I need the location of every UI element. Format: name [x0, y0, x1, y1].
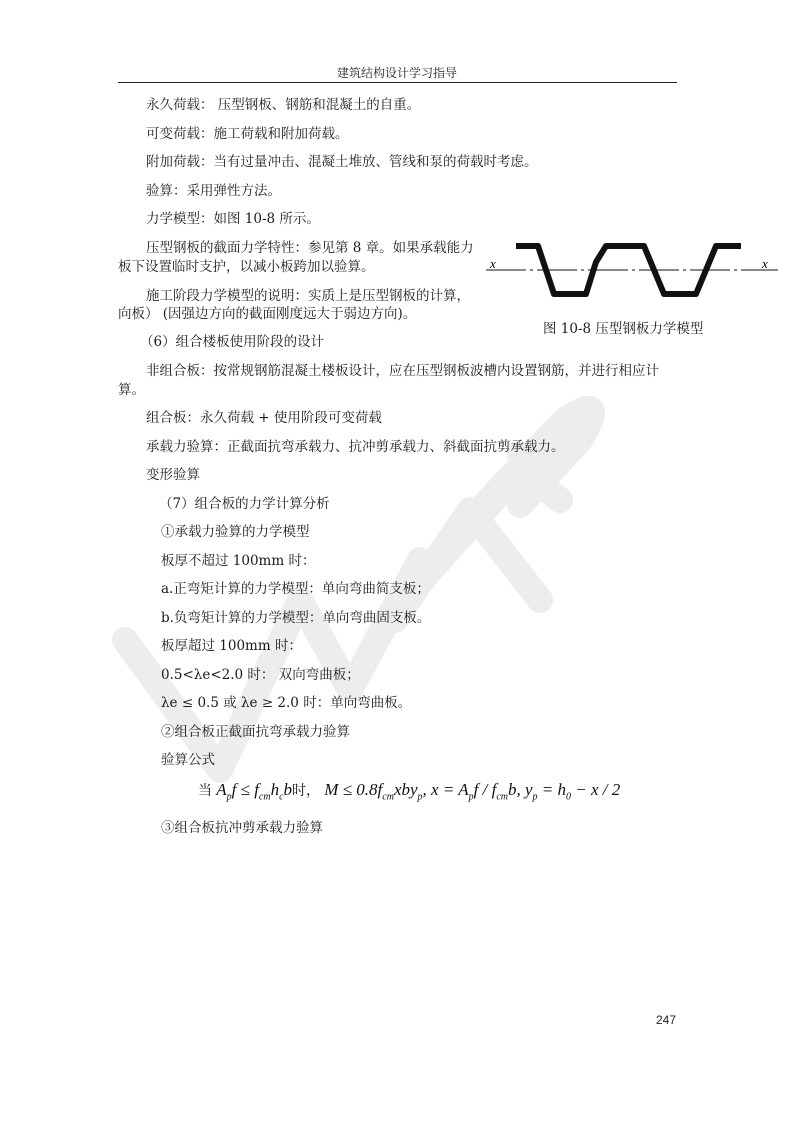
header-divider [118, 82, 677, 83]
text-line: 验算：采用弹性方法。 [146, 182, 281, 200]
text-line: 板厚不超过 100mm 时： [161, 552, 315, 570]
text-line: （7）组合板的力学计算分析 [159, 495, 330, 513]
text-line: a.正弯矩计算的力学模型：单向弯曲简支板； [161, 580, 430, 598]
text-line: （6）组合楼板使用阶段的设计 [140, 333, 324, 351]
text-line: 承载力验算：正截面抗弯承载力、抗冲剪承载力、斜截面抗剪承载力。 [146, 438, 565, 456]
text-line: 施工阶段力学模型的说明：实质上是压型钢板的计算， [146, 287, 470, 305]
text-line: 0.5<λe<2.0 时： 双向弯曲板； [161, 666, 360, 684]
text-line: 永久荷载： 压型钢板、钢筋和混凝土的自重。 [146, 96, 420, 114]
flexural-capacity-formula: 当 Apf ≤ fcmhcb时， M ≤ 0.8fcmxbyp, x = Apf… [198, 780, 620, 802]
text-line: 附加荷载：当有过量冲击、混凝土堆放、管线和泵的荷载时考虑。 [146, 153, 538, 171]
axis-label-left: x [489, 256, 496, 271]
text-line: 非组合板：按常规钢筋混凝土楼板设计，应在压型钢板波槽内设置钢筋，并进行相应计 [146, 362, 659, 380]
formula-prefix: 当 [198, 783, 212, 799]
figure-caption: 图 10-8 压型钢板力学模型 [543, 317, 703, 337]
text-line: λe ≤ 0.5 或 λe ≥ 2.0 时：单向弯曲板。 [161, 694, 411, 712]
axis-label-right: x [761, 256, 768, 271]
document-page: 建筑结构设计学习指导 永久荷载： 压型钢板、钢筋和混凝土的自重。可变荷载：施工荷… [0, 0, 793, 1122]
text-line: b.负弯矩计算的力学模型：单向弯曲固支板。 [161, 609, 430, 627]
text-line: ①承载力验算的力学模型 [161, 523, 310, 541]
text-line: 组合板：永久荷载 + 使用阶段可变荷载 [146, 409, 382, 427]
text-line: 验算公式 [161, 751, 215, 769]
text-line: 向板） (因强边方向的截面刚度远大于弱边方向)。 [118, 305, 416, 323]
formula-equations: M ≤ 0.8fcmxbyp, x = Apf / fcmb, yp = h0 … [324, 780, 620, 799]
text-line: 算。 [118, 381, 145, 399]
text-line: ③组合板抗冲剪承载力验算 [161, 819, 323, 837]
text-line: 板厚超过 100mm 时： [161, 637, 302, 655]
running-header: 建筑结构设计学习指导 [118, 64, 676, 81]
formula-mid: 时， [292, 783, 320, 799]
formula-condition: Apf ≤ fcmhcb [216, 780, 292, 799]
text-line: 压型钢板的截面力学特性：参见第 8 章。如果承载能力 [146, 239, 474, 257]
page-number: 247 [656, 1013, 676, 1027]
text-line: 板下设置临时支护，以减小板跨加以验算。 [118, 258, 375, 276]
text-line: 变形验算 [146, 466, 200, 484]
text-line: 力学模型：如图 10-8 所示。 [146, 210, 320, 228]
text-line: ②组合板正截面抗弯承载力验算 [161, 723, 350, 741]
text-line: 可变荷载：施工荷载和附加荷载。 [146, 125, 349, 143]
